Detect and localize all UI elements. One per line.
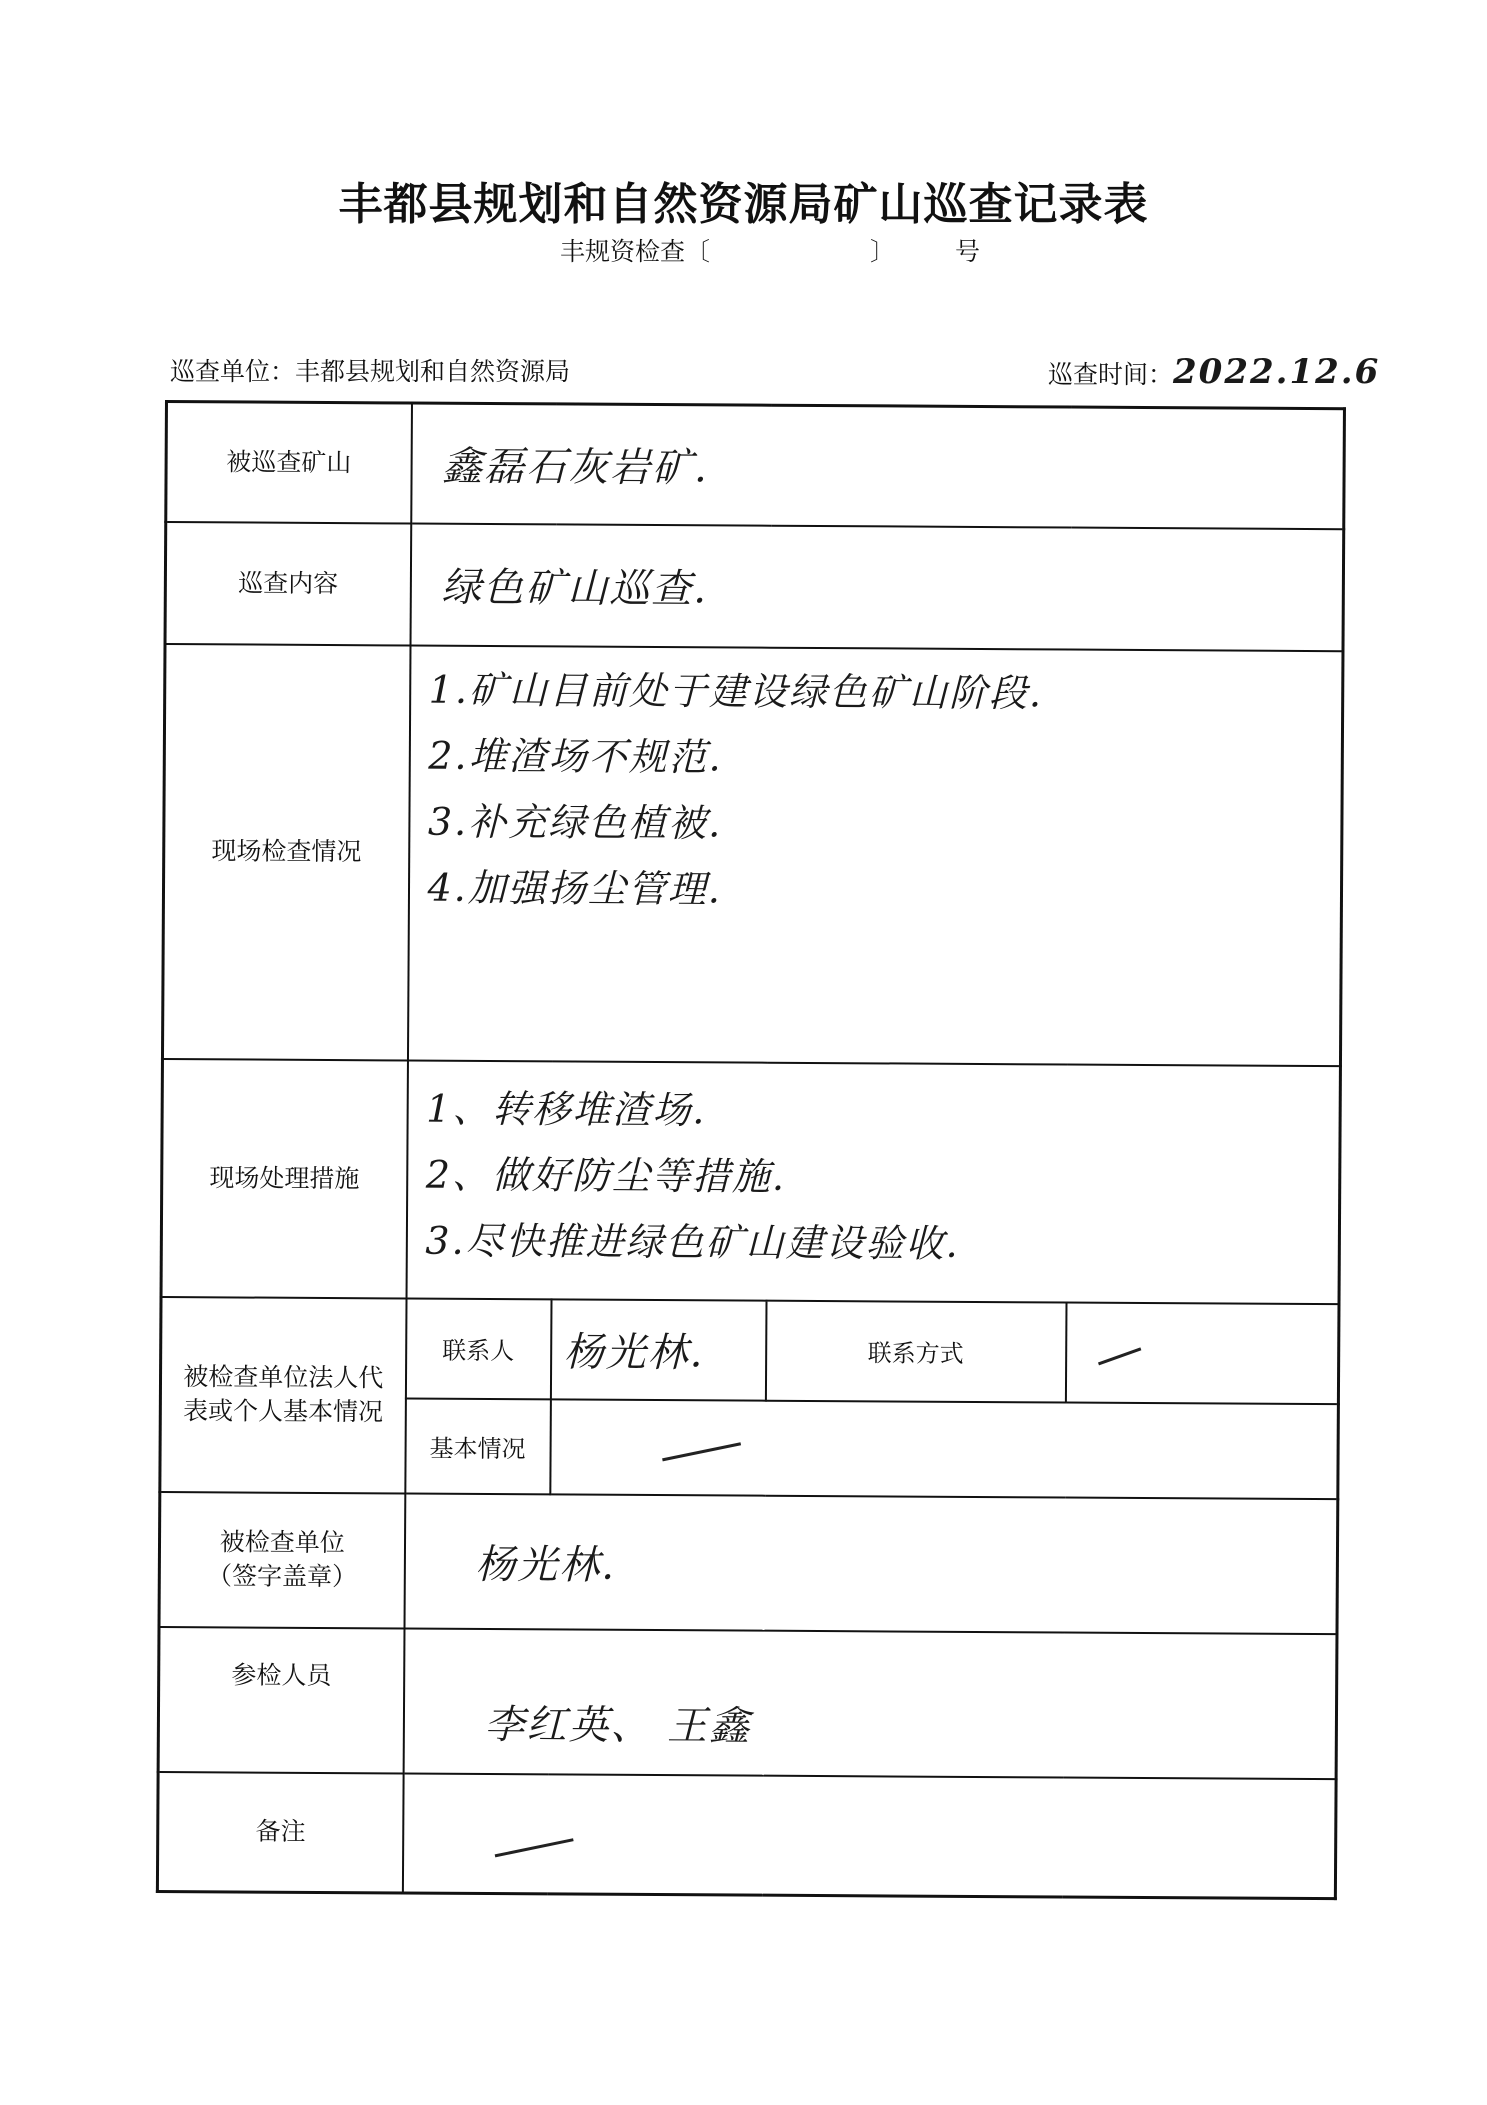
site-measures-value: 1、转移堆渣场. 2、做好防尘等措施. 3.尽快推进绿色矿山建设验收. — [406, 1060, 1340, 1304]
inspecting-unit: 巡查单位：丰都县规划和自然资源局 — [170, 352, 570, 388]
inspection-form: 被巡查矿山 鑫磊石灰岩矿. 巡查内容 绿色矿山巡查. 现场检查情况 1.矿山目前… — [156, 400, 1346, 1900]
contact-method-value — [1065, 1302, 1339, 1404]
row-inspected-unit-signature: 被检查单位 （签字盖章） 杨光林. — [159, 1491, 1338, 1633]
inspection-content-label: 巡查内容 — [165, 522, 411, 645]
row-remarks: 备注 — [157, 1771, 1336, 1898]
document-number: 丰规资检查〔〕号 — [560, 232, 980, 268]
site-inspection-item: 1.矿山目前处于建设绿色矿山阶段. — [411, 656, 1342, 728]
inspecting-unit-value: 丰都县规划和自然资源局 — [295, 357, 570, 386]
site-measures-item: 2、做好防尘等措施. — [408, 1141, 1339, 1213]
inspecting-unit-label: 巡查单位： — [170, 357, 295, 386]
inspected-unit-signature-handwriting: 杨光林. — [475, 1541, 616, 1588]
basic-info-dash — [662, 1442, 741, 1461]
contact-method-label: 联系方式 — [765, 1300, 1066, 1402]
site-inspection-item: 2.堆渣场不规范. — [410, 722, 1341, 794]
doc-number-close: 〕 — [870, 237, 895, 266]
site-measures-item: 3.尽快推进绿色矿山建设验收. — [407, 1207, 1338, 1279]
inspection-time-label: 巡查时间： — [1048, 360, 1173, 389]
site-inspection-value: 1.矿山目前处于建设绿色矿山阶段. 2.堆渣场不规范. 3.补充绿色植被. 4.… — [407, 645, 1343, 1066]
basic-info-label: 基本情况 — [405, 1398, 551, 1494]
remarks-value — [402, 1773, 1336, 1899]
inspection-time-value: 2022.12.6 — [1173, 352, 1380, 392]
row-site-measures: 现场处理措施 1、转移堆渣场. 2、做好防尘等措施. 3.尽快推进绿色矿山建设验… — [161, 1058, 1340, 1303]
inspectors-value: 李红英、 王鑫 — [403, 1628, 1337, 1779]
inspected-unit-label-line1: 被检查单位 — [161, 1525, 404, 1560]
inspected-mine-label: 被巡查矿山 — [166, 402, 412, 523]
site-inspection-label: 现场检查情况 — [162, 644, 410, 1060]
inspection-time: 巡查时间：2022.12.6 — [1048, 352, 1380, 392]
contact-person-value: 杨光林. — [550, 1299, 766, 1400]
inspectors-label: 参检人员 — [158, 1626, 404, 1772]
row-legal-rep-contact: 被检查单位法人代表或个人基本情况 联系人 杨光林. 联系方式 — [160, 1296, 1339, 1403]
inspection-content-handwriting: 绿色矿山巡查. — [441, 565, 708, 613]
remarks-dash — [494, 1838, 573, 1857]
doc-number-prefix: 丰规资检查〔 — [560, 237, 710, 266]
site-measures-label: 现场处理措施 — [161, 1058, 407, 1297]
inspected-unit-signature-label: 被检查单位 （签字盖章） — [159, 1491, 405, 1627]
inspected-unit-signature-value: 杨光林. — [404, 1493, 1338, 1634]
row-inspectors: 参检人员 李红英、 王鑫 — [158, 1626, 1337, 1778]
basic-info-value — [550, 1399, 1339, 1499]
site-inspection-item: 4.加强扬尘管理. — [409, 854, 1340, 926]
site-inspection-item: 3.补充绿色植被. — [410, 788, 1341, 860]
contact-person-label: 联系人 — [405, 1298, 551, 1399]
inspected-unit-label-line2: （签字盖章） — [161, 1559, 404, 1594]
inspected-mine-handwriting: 鑫磊石灰岩矿. — [442, 444, 709, 492]
contact-person-handwriting: 杨光林. — [564, 1329, 705, 1376]
row-inspected-mine: 被巡查矿山 鑫磊石灰岩矿. — [166, 402, 1345, 529]
doc-number-suffix: 号 — [955, 237, 980, 266]
contact-method-dash — [1097, 1347, 1140, 1365]
remarks-label: 备注 — [157, 1771, 403, 1892]
site-measures-item: 1、转移堆渣场. — [408, 1075, 1339, 1147]
document-title: 丰都县规划和自然资源局矿山巡查记录表 — [0, 168, 1487, 232]
legal-rep-label: 被检查单位法人代表或个人基本情况 — [160, 1296, 406, 1492]
inspectors-handwriting: 李红英、 王鑫 — [484, 1701, 751, 1749]
row-inspection-content: 巡查内容 绿色矿山巡查. — [165, 522, 1344, 651]
inspection-content-value: 绿色矿山巡查. — [410, 523, 1344, 651]
row-site-inspection: 现场检查情况 1.矿山目前处于建设绿色矿山阶段. 2.堆渣场不规范. 3.补充绿… — [162, 644, 1343, 1066]
inspected-mine-value: 鑫磊石灰岩矿. — [411, 403, 1345, 529]
